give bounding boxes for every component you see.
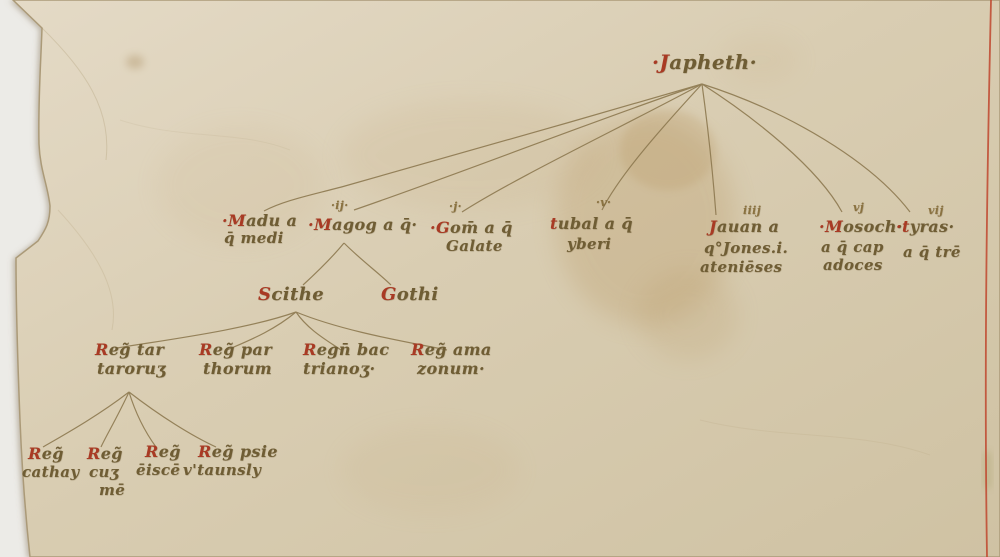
node-japheth: ·Japheth· [652, 52, 757, 72]
node-javan-line3: ateniēses [700, 260, 782, 275]
node-magog-number: ·ij· [331, 200, 348, 211]
node-reg-bactrianorum-line1: Regn̄ bac [303, 342, 389, 358]
node-mosoch-line1: ·Mosoch· [819, 219, 903, 235]
node-tyras-number: vij [928, 205, 944, 216]
node-reg-tartarorum-line1: Reg̃ tar [95, 342, 164, 358]
node-tubal-line1: tubal a q̄ [550, 216, 633, 232]
node-gothi: Gothi [381, 286, 439, 304]
node-tyras-line2: a q̄ trē [903, 245, 961, 260]
node-mosoch-line2: a q̄ cap [821, 240, 884, 255]
node-javan-line2: q°Jones.i. [704, 241, 788, 256]
node-reg-persie-line2: v'taunsly [183, 463, 261, 478]
node-reg-cathay-line1: Reg̃ [28, 446, 64, 462]
node-javan-line1: Jauan a [709, 219, 779, 235]
node-madai-line1: ·Madu a [222, 213, 297, 229]
node-gomer-line2: Galate [446, 239, 503, 254]
manuscript-page: ·Japheth· ·Madu a q̄ medi ·ij· ·Magog a … [0, 0, 1000, 557]
node-magog-line1: ·Magog a q̄· [308, 217, 417, 233]
node-reg-cathay-line2: cathay [22, 465, 80, 480]
node-reg-cumanie-line3: mē [99, 483, 125, 498]
node-mosoch-number: vj [853, 202, 864, 213]
node-reg-casire-line1: Reg̃ [145, 444, 181, 460]
node-reg-tartarorum-line2: taroruʒ [97, 361, 166, 377]
node-tubal-number: ·v· [596, 197, 611, 208]
node-reg-parthorum-line1: Reg̃ par [199, 342, 272, 358]
node-reg-cumanie-line2: cuʒ [89, 465, 119, 480]
node-reg-persie-line1: Reg̃ psie [198, 444, 278, 460]
node-gomer-number: ·j· [449, 201, 462, 212]
node-reg-bactrianorum-line2: trianoʒ· [303, 361, 375, 377]
node-reg-amazonum-line1: Reg̃ ama [411, 342, 492, 358]
node-tubal-line2: yberi [567, 237, 611, 252]
node-reg-parthorum-line2: thorum [203, 361, 272, 377]
node-madai-line2: q̄ medi [224, 231, 284, 246]
node-tyras-line1: ·tyras· [896, 219, 954, 235]
node-reg-casire-line2: ēiscē [136, 463, 180, 478]
node-javan-number: iiij [743, 205, 761, 216]
node-scithe: Scithe [258, 286, 324, 304]
node-mosoch-line3: adoces [823, 258, 883, 273]
node-reg-cumanie-line1: Reg̃ [87, 446, 123, 462]
node-gomer-line1: ·Gom̄ a q̄ [430, 220, 513, 236]
node-reg-amazonum-line2: zonum· [417, 361, 485, 377]
